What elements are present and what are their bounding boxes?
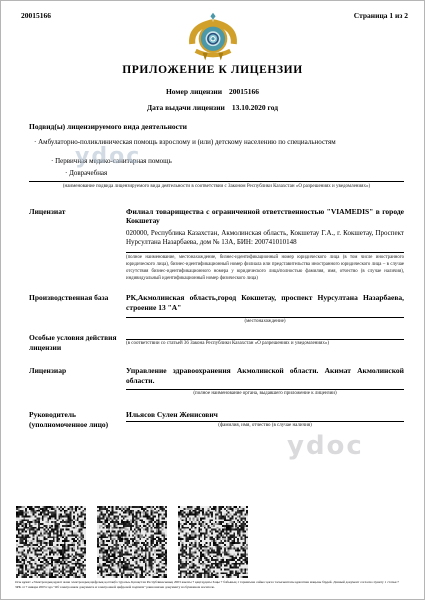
doc-number: 20015166 — [21, 11, 51, 20]
kazakhstan-emblem-icon — [187, 12, 239, 67]
production-base-divider — [126, 317, 404, 318]
subtypes-caption: (наименование подвида лицензируемого вид… — [29, 184, 404, 191]
issue-date-label: Дата выдачи лицензии — [147, 103, 225, 112]
qr-code-2 — [97, 506, 167, 578]
qr-code-3 — [178, 506, 248, 578]
licensee-caption: (полное наименование, местонахождение, б… — [126, 255, 404, 282]
head-name: Ильясов Сулен Женисович — [126, 410, 404, 420]
special-conditions-row: Особые условия действия лицензии (в соот… — [29, 333, 404, 353]
bullet-marker: · — [34, 138, 36, 146]
licensor-row: Лицензиар Управление здравоохранения Акм… — [29, 366, 404, 398]
subtype-item: · Первичная медико-санитарная помощь — [51, 157, 404, 165]
subtype-item: · Амбулаторно-поликлиническая помощь взр… — [34, 138, 404, 146]
bullet-marker: · — [51, 157, 53, 165]
licensee-row: Лицензиат Филиал товарищества с ограниче… — [29, 207, 404, 283]
licensor-divider — [126, 389, 404, 390]
production-base-caption: (местонахождение) — [126, 319, 404, 326]
subtype-text: Первичная медико-санитарная помощь — [55, 157, 172, 165]
special-conditions-caption: (в соответствии со статьей 36 Закона Рес… — [126, 341, 404, 348]
licensor-caption: (полное наименование органа, выдавшего п… — [126, 391, 404, 398]
issue-date-row: Дата выдачи лицензии13.10.2020 год — [1, 103, 424, 112]
licensee-label: Лицензиат — [29, 207, 126, 217]
production-base-value: РК,Акмолинская область,город Кокшетау, п… — [126, 293, 404, 313]
production-base-row: Производственная база РК,Акмолинская обл… — [29, 293, 404, 325]
head-caption: (фамилия, имя, отчество (в случае наличи… — [126, 423, 404, 430]
qr-code-1 — [16, 506, 86, 578]
licensee-name: Филиал товарищества с ограниченной ответ… — [126, 207, 404, 227]
license-annex-page: 20015166 Страница 1 из 2 ПРИЛОЖЕНИЕ К ЛИ… — [0, 0, 425, 600]
licensor-value: Управление здравоохранения Акмолинской о… — [126, 366, 404, 386]
licensor-label: Лицензиар — [29, 366, 126, 376]
subtype-text: Доврачебная — [69, 169, 107, 177]
qr-codes-row — [16, 506, 248, 578]
license-number-label: Номер лицензии — [166, 87, 222, 96]
subtypes-heading: Подвид(ы) лицензируемого вида деятельнос… — [29, 122, 404, 131]
subtype-text: Амбулаторно-поликлиническая помощь взрос… — [38, 138, 336, 146]
subtypes-divider — [29, 181, 404, 182]
license-number-row: Номер лицензии20015166 — [1, 87, 424, 96]
subtype-item: · Доврачебная — [65, 169, 404, 177]
head-divider — [126, 421, 404, 422]
issue-date-value: 13.10.2020 год — [232, 103, 278, 112]
production-base-label: Производственная база — [29, 293, 126, 303]
head-label: Руководитель (уполномоченное лицо) — [29, 410, 126, 430]
licensee-address: 020000, Республика Казахстан, Акмолинска… — [126, 229, 404, 247]
page-indicator: Страница 1 из 2 — [354, 11, 408, 20]
license-number-value: 20015166 — [229, 87, 259, 96]
special-conditions-label: Особые условия действия лицензии — [29, 333, 126, 353]
special-conditions-blank-line — [126, 333, 404, 340]
licensee-divider — [126, 252, 404, 253]
footer-legal-text: Осы құжат «Электрондық құжат және электр… — [15, 580, 399, 590]
bullet-marker: · — [65, 169, 67, 177]
ydoc-watermark: ydoc — [287, 431, 364, 461]
head-row: Руководитель (уполномоченное лицо) Ильяс… — [29, 410, 404, 430]
